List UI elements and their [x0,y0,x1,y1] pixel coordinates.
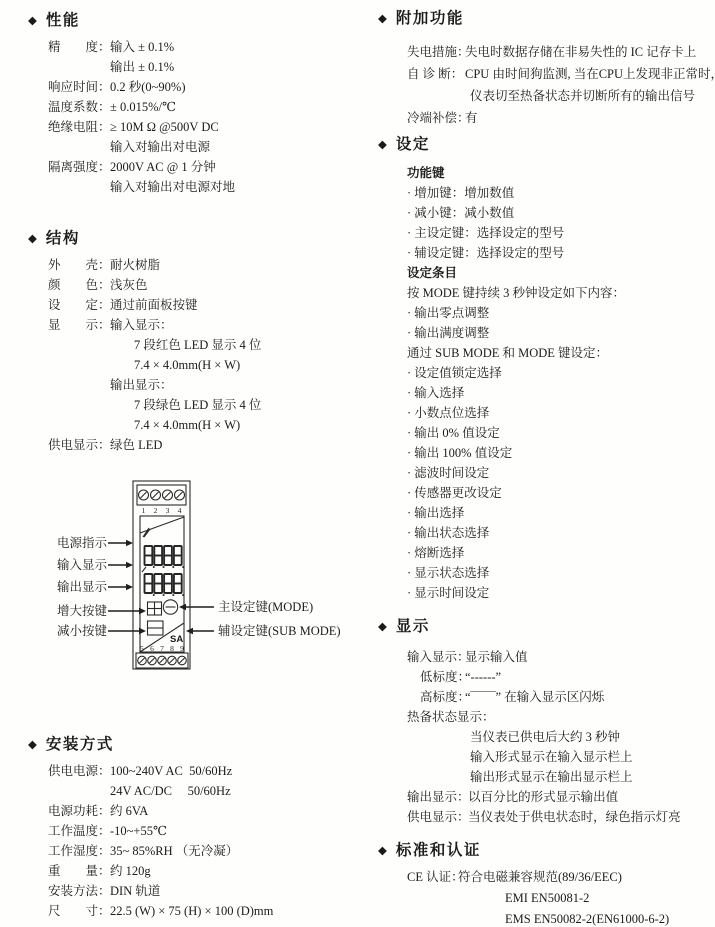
spec-row: 设 定：通过前面板按键 [48,295,366,315]
spec-row: 颜 色：浅灰色 [48,275,366,295]
spec-label [48,335,110,355]
section-title: 安装方式 [46,734,114,756]
spec-value: 7 段红色 LED 显示 4 位 [110,335,261,355]
decrease-button-icon [148,621,164,635]
spec-value: 浅灰色 [110,275,148,295]
spec-value: 显示输入值 [465,647,528,667]
spec-label [407,85,465,107]
spec-label: 自 诊 断： [407,63,465,85]
spec-row: 供电电源：100~240V AC 50/60Hz [48,761,366,781]
spec-value: ≥ 10M Ω @500V DC [110,117,219,137]
section-install: ◆ 安装方式 供电电源：100~240V AC 50/60Hz 24V AC/D… [28,734,366,921]
spec-row: 输入对输出对电源 [48,137,366,157]
spec-value: 仪表切至热备状态并切断所有的输出信号 [465,85,695,107]
spec-value: 2000V AC @ 1 分钟 [110,157,216,177]
spec-label: 响应时间： [48,77,110,97]
svg-text:4: 4 [178,506,182,515]
spec-label: 失电措施： [407,41,465,63]
spec-row: 仪表切至热备状态并切断所有的输出信号 [407,85,715,107]
panel-tick-mark [142,567,146,572]
spec-rows: 精 度：输入 ± 0.1% 输出 ± 0.1% 响应时间：0.2 秒(0~90%… [28,37,366,197]
settings-item: · 增加键：增加数值 [407,183,715,203]
input-display-digits [145,546,185,568]
spec-value: 输入 ± 0.1% [110,37,174,57]
spec-value: 输出显示： [110,375,173,395]
spec-row: 输出显示： [48,375,366,395]
spec-row: 7 段绿色 LED 显示 4 位 [48,395,366,415]
section-header: ◆ 附加功能 [378,8,715,30]
spec-value: 7.4 × 4.0mm(H × W) [110,415,240,435]
spec-row: 7.4 × 4.0mm(H × W) [48,355,366,375]
spec-row: 输入形式显示在输入显示栏上 [407,747,715,767]
diamond-bullet-icon: ◆ [28,735,37,755]
spec-label: 隔离强度： [48,157,110,177]
spec-label: 绝缘电阻： [48,117,110,137]
spec-row: 输出显示： 以百分比的形式显示输出值 [407,787,715,807]
spec-label: 温度系数： [48,97,110,117]
spec-row: 供电显示： 当仪表处于供电状态时，绿色指示灯亮 [407,807,715,827]
spec-value: CPU 由时间狗监测, 当在CPU上发现非正常时， [465,63,715,85]
spec-label: 精 度： [48,37,110,57]
svg-text:8: 8 [170,644,174,653]
section-additional-functions: ◆ 附加功能 失电措施：失电时数据存储在非易失性的 IC 记存卡上 自 诊 断：… [378,8,715,129]
spec-row: 工作温度：-10~+55℃ [48,821,366,841]
diamond-bullet-icon: ◆ [28,229,37,249]
spec-rows: CE 认证：符合电磁兼容规范(89/36/EEC) EMI EN50081-2 … [378,867,715,927]
spec-label: 工作温度： [48,821,110,841]
spec-row: 热备状态显示： [407,707,715,727]
spec-label [48,177,110,197]
section-title: 显示 [396,616,430,638]
spec-value: 约 6VA [110,801,148,821]
spec-label: 工作湿度： [48,841,110,861]
spec-value: 输入对输出对电源对地 [110,177,235,197]
spec-row: 外 壳：耐火树脂 [48,255,366,275]
spec-label [48,355,110,375]
spec-row: 绝缘电阻：≥ 10M Ω @500V DC [48,117,366,137]
spec-label: 低标度： [420,667,465,687]
spec-value: ± 0.015%/℃ [110,97,176,117]
spec-value: 通过前面板按键 [110,295,198,315]
settings-subhead: 设定条目 [407,263,715,283]
spec-label: 冷端补偿： [407,107,465,129]
settings-item: · 输出选择 [407,503,715,523]
settings-item: · 辅设定键：选择设定的型号 [407,243,715,263]
spec-label: 颜 色： [48,275,110,295]
spec-value: 输入显示： [110,315,173,335]
spec-value: 输出形式显示在输出显示栏上 [407,767,633,787]
spec-value: 约 120g [110,861,151,881]
bottom-terminal-block [136,653,188,668]
output-display-digits [145,574,185,596]
settings-item: · 输出状态选择 [407,523,715,543]
section-performance: ◆ 性能 精 度：输入 ± 0.1% 输出 ± 0.1% 响应时间：0.2 秒(… [28,10,366,197]
settings-text: 按 MODE 键持续 3 秒钟设定如下内容： [407,283,715,303]
diamond-bullet-icon: ◆ [378,617,387,637]
svg-text:2: 2 [154,506,158,515]
spec-value: “‾‾‾‾‾‾” 在输入显示区闪烁 [465,687,604,707]
spec-row: 供电显示：绿色 LED [48,435,366,455]
spec-row: 低标度：“------” [407,667,715,687]
spec-row: 精 度：输入 ± 0.1% [48,37,366,57]
spec-row: 响应时间：0.2 秒(0~90%) [48,77,366,97]
spec-row: 隔离强度：2000V AC @ 1 分钟 [48,157,366,177]
section-title: 标准和认证 [396,840,481,862]
section-header: ◆ 标准和认证 [378,840,715,862]
settings-text: 通过 SUB MODE 和 MODE 键设定： [407,343,715,363]
spec-label [48,395,110,415]
spec-value: 绿色 LED [110,435,162,455]
spec-label [48,57,110,77]
spec-row: EMS EN50082-2(EN61000-6-2) [407,909,715,927]
section-header: ◆ 设定 [378,134,715,156]
settings-item: · 熔断选择 [407,543,715,563]
diamond-bullet-icon: ◆ [28,11,37,31]
spec-value: 22.5 (W) × 75 (H) × 100 (D)mm [110,901,273,921]
spec-label: 热备状态显示： [407,707,495,727]
spec-label: 高标度： [420,687,465,707]
spec-row: 重 量：约 120g [48,861,366,881]
spec-row: EMI EN50081-2 [407,888,715,909]
panel-top-diagonal [140,517,184,533]
spec-row: 冷端补偿：有 [407,107,715,129]
svg-text:6: 6 [150,644,154,653]
spec-value: “------” [465,667,501,687]
section-header: ◆ 安装方式 [28,734,366,756]
section-title: 附加功能 [396,8,464,30]
spec-label: CE 认证： [407,867,458,888]
spec-row: 尺 寸：22.5 (W) × 75 (H) × 100 (D)mm [48,901,366,921]
spec-value: 0.2 秒(0~90%) [110,77,186,97]
spec-label: 设 定： [48,295,110,315]
spec-label [48,375,110,395]
settings-item: · 输出满度调整 [407,323,715,343]
spec-label [48,781,110,801]
spec-value: 当仪表已供电后大约 3 秒钟 [407,727,620,747]
diamond-bullet-icon: ◆ [378,841,387,861]
spec-row: 输入显示：显示输入值 [407,647,715,667]
spec-row: 失电措施：失电时数据存储在非易失性的 IC 记存卡上 [407,41,715,63]
spec-label: 尺 寸： [48,901,110,921]
section-header: ◆ 显示 [378,616,715,638]
settings-item: · 小数点位选择 [407,403,715,423]
svg-text:3: 3 [166,506,170,515]
spec-row: 电源功耗：约 6VA [48,801,366,821]
section-header: ◆ 性能 [28,10,366,32]
settings-item: · 输出零点调整 [407,303,715,323]
spec-value: EMI EN50081-2 [407,888,589,909]
top-terminal-numbers: 1 2 3 4 [142,506,182,515]
diamond-bullet-icon: ◆ [378,9,387,29]
section-title: 设定 [396,134,430,156]
spec-label [48,137,110,157]
settings-item: · 主设定键：选择设定的型号 [407,223,715,243]
settings-lines: 功能键 · 增加键：增加数值 · 减小键：减小数值 · 主设定键：选择设定的型号… [378,163,715,603]
spec-row: 温度系数：± 0.015%/℃ [48,97,366,117]
spec-label: 供电显示： [407,807,465,827]
spec-rows: 失电措施：失电时数据存储在非易失性的 IC 记存卡上 自 诊 断：CPU 由时间… [378,41,715,129]
spec-row: 工作湿度：35~ 85%RH （无冷凝） [48,841,366,861]
device-front-view-drawing: 1 2 3 4 [40,476,360,682]
spec-rows: 输入显示：显示输入值 低标度：“------” 高标度：“‾‾‾‾‾‾” 在输入… [378,647,715,827]
spec-row: 高标度：“‾‾‾‾‾‾” 在输入显示区闪烁 [407,687,715,707]
spec-row: 当仪表已供电后大约 3 秒钟 [407,727,715,747]
spec-value: 24V AC/DC 50/60Hz [110,781,231,801]
spec-label: 电源功耗： [48,801,110,821]
settings-item: · 显示状态选择 [407,563,715,583]
spec-value: 失电时数据存储在非易失性的 IC 记存卡上 [465,41,696,63]
settings-item: · 输出 100% 值设定 [407,443,715,463]
spec-label: 供电电源： [48,761,110,781]
spec-value: 输入对输出对电源 [110,137,210,157]
spec-label [48,415,110,435]
spec-row: 安装方法：DIN 轨道 [48,881,366,901]
spec-value: 有 [465,107,478,129]
spec-label: 重 量： [48,861,110,881]
spec-row: 7.4 × 4.0mm(H × W) [48,415,366,435]
spec-value: 7.4 × 4.0mm(H × W) [110,355,240,375]
spec-row: 显 示：输入显示： [48,315,366,335]
spec-value: 100~240V AC 50/60Hz [110,761,232,781]
section-title: 结构 [46,228,80,250]
section-standards: ◆ 标准和认证 CE 认证：符合电磁兼容规范(89/36/EEC) EMI EN… [378,840,715,927]
settings-item: · 滤波时间设定 [407,463,715,483]
diamond-bullet-icon: ◆ [378,135,387,155]
spec-row: 输出形式显示在输出显示栏上 [407,767,715,787]
section-structure: ◆ 结构 外 壳：耐火树脂 颜 色：浅灰色 设 定：通过前面板按键 显 示：输入… [28,228,366,455]
settings-item: · 设定值锁定选择 [407,363,715,383]
svg-text:9: 9 [180,644,184,653]
spec-value: 当仪表处于供电状态时，绿色指示灯亮 [465,807,681,827]
spec-label: 输出显示： [407,787,465,807]
mode-button-icon [163,600,177,614]
spec-value: 输入形式显示在输入显示栏上 [407,747,633,767]
settings-item: · 传感器更改设定 [407,483,715,503]
spec-row: 输出 ± 0.1% [48,57,366,77]
spec-label: 安装方法： [48,881,110,901]
datasheet-page: ◆ 性能 精 度：输入 ± 0.1% 输出 ± 0.1% 响应时间：0.2 秒(… [0,0,715,927]
spec-rows: 供电电源：100~240V AC 50/60Hz 24V AC/DC 50/60… [28,761,366,921]
section-settings: ◆ 设定 功能键 · 增加键：增加数值 · 减小键：减小数值 · 主设定键：选择… [378,134,715,603]
spec-value: 符合电磁兼容规范(89/36/EEC) [458,867,622,888]
svg-text:5: 5 [140,644,144,653]
spec-row: CE 认证：符合电磁兼容规范(89/36/EEC) [407,867,715,888]
settings-subhead: 功能键 [407,163,715,183]
section-title: 性能 [46,10,80,32]
spec-value: 以百分比的形式显示输出值 [465,787,618,807]
spec-row: 输入对输出对电源对地 [48,177,366,197]
spec-value: 7 段绿色 LED 显示 4 位 [110,395,261,415]
svg-text:1: 1 [142,506,146,515]
settings-item: · 显示时间设定 [407,583,715,603]
spec-row: 自 诊 断：CPU 由时间狗监测, 当在CPU上发现非正常时， [407,63,715,85]
spec-label: 供电显示： [48,435,110,455]
settings-item: · 输出 0% 值设定 [407,423,715,443]
spec-value: 耐火树脂 [110,255,160,275]
spec-value: -10~+55℃ [110,821,167,841]
top-terminal-block [137,485,186,505]
spec-label: 输入显示： [407,647,465,667]
settings-item: · 输入选择 [407,383,715,403]
spec-value: 输出 ± 0.1% [110,57,174,77]
spec-row: 7 段红色 LED 显示 4 位 [48,335,366,355]
spec-rows: 外 壳：耐火树脂 颜 色：浅灰色 设 定：通过前面板按键 显 示：输入显示： 7… [28,255,366,455]
spec-value: EMS EN50082-2(EN61000-6-2) [407,909,669,927]
increase-button-icon [148,602,162,615]
section-header: ◆ 结构 [28,228,366,250]
spec-value: 35~ 85%RH （无冷凝） [110,841,238,861]
spec-label: 外 壳： [48,255,110,275]
svg-text:7: 7 [160,644,164,653]
section-display: ◆ 显示 输入显示：显示输入值 低标度：“------” 高标度：“‾‾‾‾‾‾… [378,616,715,827]
spec-value: DIN 轨道 [110,881,160,901]
settings-item: · 减小键：减小数值 [407,203,715,223]
spec-label: 显 示： [48,315,110,335]
spec-row: 24V AC/DC 50/60Hz [48,781,366,801]
